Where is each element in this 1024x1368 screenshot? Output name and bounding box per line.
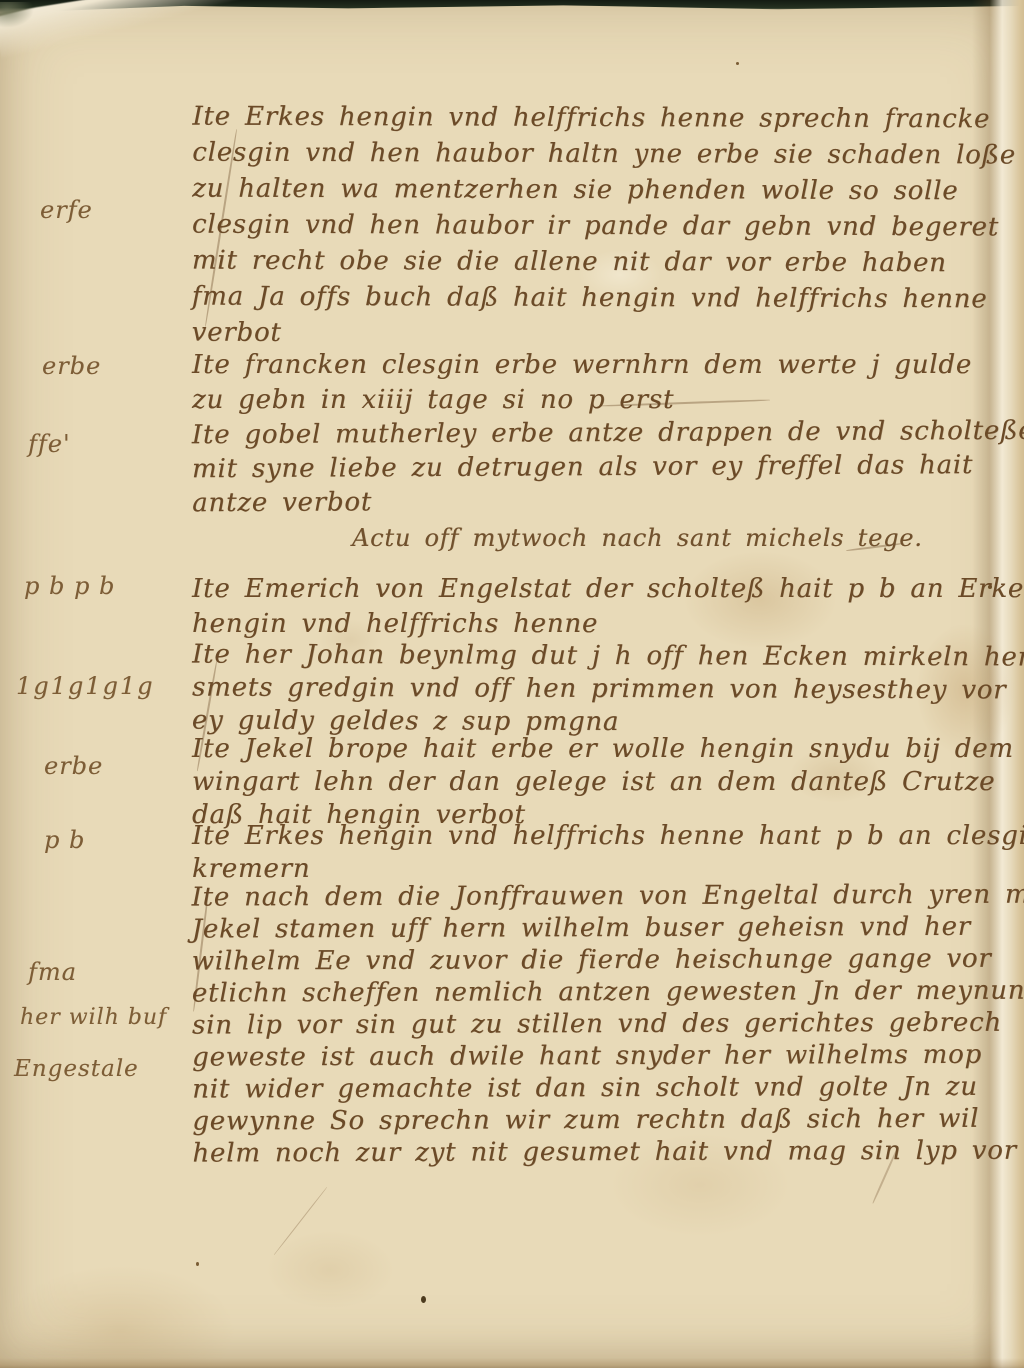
margin-note: fma bbox=[28, 958, 77, 986]
manuscript-line: Ite her Johan beynlmg dut j h off hen Ec… bbox=[192, 639, 1024, 675]
manuscript-entry: Ite gobel mutherley erbe antze drappen d… bbox=[192, 414, 1024, 520]
manuscript-line: Jekel stamen uff hern wilhelm buser gehe… bbox=[192, 910, 1024, 945]
manuscript-line: smets gredgin vnd off hen primmen von he… bbox=[192, 672, 1024, 708]
margin-note: erbe bbox=[44, 752, 103, 780]
margin-note: Engestale bbox=[14, 1056, 139, 1082]
manuscript-line: sin lip vor sin gut zu stillen vnd des g… bbox=[192, 1006, 1024, 1041]
margin-note: 1g1g1g1g bbox=[16, 672, 155, 700]
manuscript-line: mit recht obe sie die allene nit dar vor… bbox=[192, 243, 1016, 282]
manuscript-line: zu gebn in xiiij tage si no p erst bbox=[192, 383, 972, 418]
ink-speck bbox=[736, 62, 739, 65]
manuscript-entry: Ite francken clesgin erbe wernhrn dem we… bbox=[192, 348, 972, 418]
manuscript-line: Ite francken clesgin erbe wernhrn dem we… bbox=[192, 348, 972, 383]
manuscript-line: antze verbot bbox=[192, 482, 1024, 520]
margin-note: erbe bbox=[42, 352, 101, 380]
margin-note: p b p b bbox=[24, 572, 115, 600]
page-edge-bottom bbox=[0, 1358, 1024, 1368]
manuscript-entry: Ite Erkes hengin vnd helffrichs henne ha… bbox=[192, 820, 1024, 886]
manuscript-line: Ite Emerich von Engelstat der scholteß h… bbox=[192, 572, 1024, 607]
manuscript-line: etlichn scheffen nemlich antzen gewesten… bbox=[192, 974, 1024, 1009]
margin-note: p b bbox=[44, 826, 85, 854]
manuscript-line: mit syne liebe zu detrugen als vor ey fr… bbox=[192, 448, 1024, 486]
manuscript-line: Ite nach dem die Jonffrauwen von Engelta… bbox=[192, 878, 1024, 913]
manuscript-line: fma Ja offs buch daß hait hengin vnd hel… bbox=[192, 279, 1016, 318]
manuscript-line: clesgin vnd hen haubor haltn yne erbe si… bbox=[192, 135, 1016, 174]
manuscript-entry: Ite nach dem die Jonffrauwen von Engelta… bbox=[192, 878, 1024, 1169]
manuscript-line: Ite gobel mutherley erbe antze drappen d… bbox=[192, 414, 1024, 452]
manuscript-line: nit wider gemachte ist dan sin scholt vn… bbox=[192, 1070, 1024, 1105]
section-heading: Actu off mytwoch nach sant michels tege. bbox=[352, 524, 923, 552]
manuscript-line: Ite Jekel brope hait erbe er wolle hengi… bbox=[192, 733, 1014, 766]
manuscript-entry: Ite Erkes hengin vnd helffrichs henne sp… bbox=[192, 99, 1017, 354]
ink-speck bbox=[421, 1296, 426, 1303]
corner-fleck bbox=[0, 2, 34, 28]
torn-corner bbox=[0, 0, 261, 77]
margin-note: her wilh buf bbox=[20, 1005, 167, 1030]
manuscript-line: wingart lehn der dan gelege ist an dem d… bbox=[192, 766, 1014, 799]
manuscript-line: zu halten wa mentzerhen sie phenden woll… bbox=[192, 171, 1016, 210]
manuscript-line: wilhelm Ee vnd zuvor die fierde heischun… bbox=[192, 942, 1024, 977]
manuscript-line: geweste ist auch dwile hant snyder her w… bbox=[192, 1038, 1024, 1073]
manuscript-line: helm noch zur zyt nit gesumet hait vnd m… bbox=[192, 1134, 1024, 1169]
ink-speck bbox=[196, 1262, 199, 1266]
manuscript-line: hengin vnd helffrichs henne bbox=[192, 607, 1024, 642]
manuscript-line: Ite Erkes hengin vnd helffrichs henne sp… bbox=[192, 99, 1016, 138]
manuscript-line: clesgin vnd hen haubor ir pande dar gebn… bbox=[192, 207, 1016, 246]
pen-flourish bbox=[274, 1187, 328, 1255]
manuscript-entry: Ite Jekel brope hait erbe er wolle hengi… bbox=[192, 733, 1014, 832]
manuscript-line: gewynne So sprechn wir zum rechtn daß si… bbox=[192, 1102, 1024, 1137]
manuscript-entry: Ite her Johan beynlmg dut j h off hen Ec… bbox=[192, 639, 1024, 741]
margin-note: ffe' bbox=[28, 430, 71, 458]
manuscript-entry: Ite Emerich von Engelstat der scholteß h… bbox=[192, 572, 1024, 642]
manuscript-line: Ite Erkes hengin vnd helffrichs henne ha… bbox=[192, 820, 1024, 853]
manuscript-page: erfe erbe ffe' p b p b 1g1g1g1g erbe p b… bbox=[0, 0, 1024, 1368]
margin-note: erfe bbox=[40, 196, 93, 224]
